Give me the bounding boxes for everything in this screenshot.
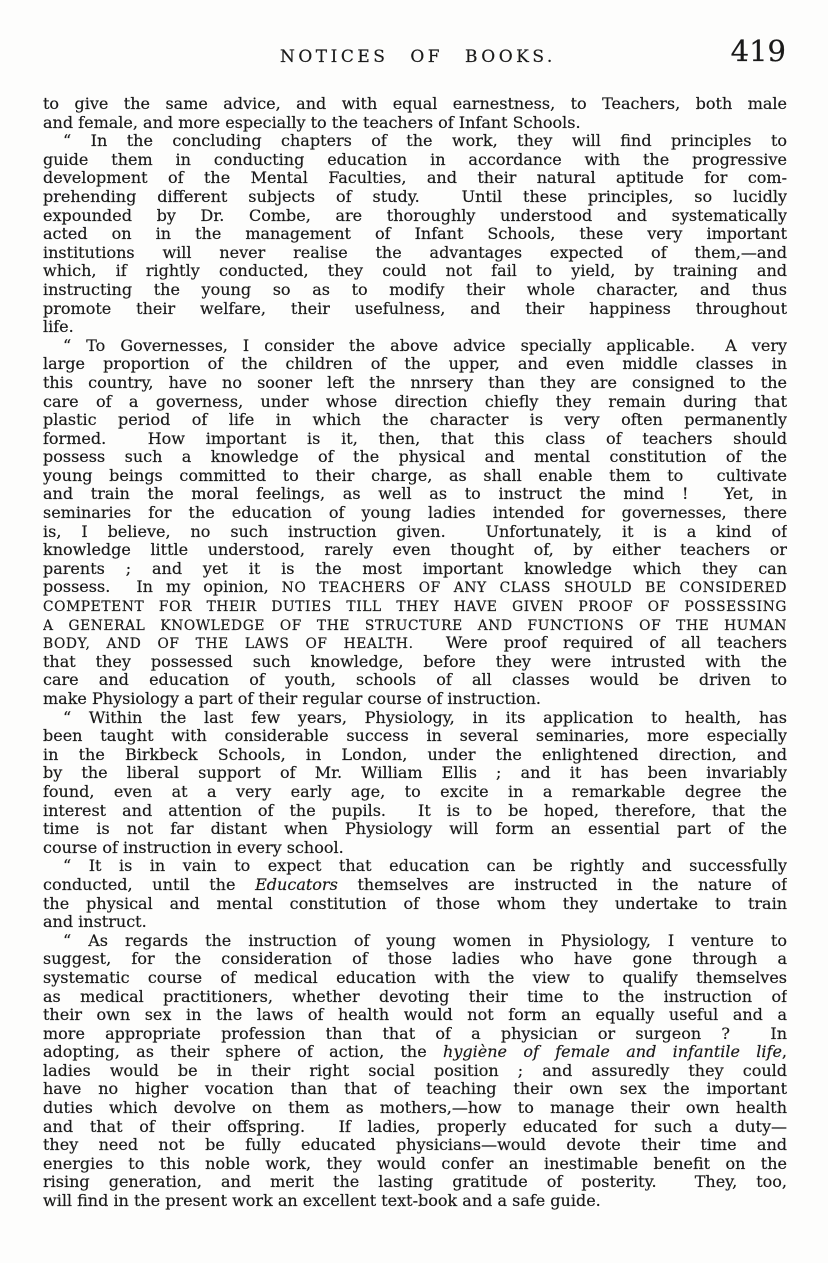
text-block: to give the same advice, and with equal … xyxy=(43,95,787,1211)
text-line: knowledge little understood, rarely even… xyxy=(43,541,787,560)
text-line: they need not be fully educated physicia… xyxy=(43,1136,787,1155)
text-line: formed. How important is it, then, that … xyxy=(43,430,787,449)
text-line: care and education of youth, schools of … xyxy=(43,671,787,690)
text-line: instructing the young so as to modify th… xyxy=(43,281,787,300)
text-line: course of instruction in every school. xyxy=(43,839,787,858)
page-header: NOTICES OF BOOKS. 419 xyxy=(0,0,828,90)
text-line: as medical practitioners, whether devoti… xyxy=(43,988,787,1007)
text-line: by the liberal support of Mr. William El… xyxy=(43,764,787,783)
text-line: which, if rightly conducted, they could … xyxy=(43,262,787,281)
text-line: “ As regards the instruction of young wo… xyxy=(43,932,787,951)
text-line: care of a governess, under whose directi… xyxy=(43,393,787,412)
text-line: make Physiology a part of their regular … xyxy=(43,690,787,709)
text-line: more appropriate profession than that of… xyxy=(43,1025,787,1044)
text-line: young beings committed to their charge, … xyxy=(43,467,787,486)
text-line: the physical and mental constitution of … xyxy=(43,895,787,914)
text-line: BODY, AND OF THE LAWS OF HEALTH. Were pr… xyxy=(43,634,787,653)
text-line: seminaries for the education of young la… xyxy=(43,504,787,523)
text-line: interest and attention of the pupils. It… xyxy=(43,802,787,821)
text-line: found, even at a very early age, to exci… xyxy=(43,783,787,802)
text-line: adopting, as their sphere of action, the… xyxy=(43,1043,787,1062)
text-line: promote their welfare, their usefulness,… xyxy=(43,300,787,319)
text-line: rising generation, and merit the lasting… xyxy=(43,1173,787,1192)
text-line: possess such a knowledge of the physical… xyxy=(43,448,787,467)
text-line: possess. In my opinion, NO TEACHERS OF A… xyxy=(43,578,787,597)
text-line: this country, have no sooner left the nn… xyxy=(43,374,787,393)
text-line: will find in the present work an excelle… xyxy=(43,1192,787,1211)
text-line: have no higher vocation than that of tea… xyxy=(43,1080,787,1099)
text-line: suggest, for the consideration of those … xyxy=(43,950,787,969)
text-line: been taught with considerable success in… xyxy=(43,727,787,746)
text-line: COMPETENT FOR THEIR DUTIES TILL THEY HAV… xyxy=(43,597,787,616)
text-line: prehending different subjects of study. … xyxy=(43,188,787,207)
text-line: large proportion of the children of the … xyxy=(43,355,787,374)
text-line: their own sex in the laws of health woul… xyxy=(43,1006,787,1025)
text-line: and that of their offspring. If ladies, … xyxy=(43,1118,787,1137)
text-line: “ Within the last few years, Physiology,… xyxy=(43,709,787,728)
text-line: parents ; and yet it is the most importa… xyxy=(43,560,787,579)
text-line: and female, and more especially to the t… xyxy=(43,114,787,133)
text-line: development of the Mental Faculties, and… xyxy=(43,169,787,188)
text-line: institutions will never realise the adva… xyxy=(43,244,787,263)
text-line: conducted, until the Educators themselve… xyxy=(43,876,787,895)
text-line: is, I believe, no such instruction given… xyxy=(43,523,787,542)
text-line: life. xyxy=(43,318,787,337)
text-line: energies to this noble work, they would … xyxy=(43,1155,787,1174)
text-line: and train the moral feelings, as well as… xyxy=(43,485,787,504)
text-line: systematic course of medical education w… xyxy=(43,969,787,988)
text-line: acted on in the management of Infant Sch… xyxy=(43,225,787,244)
text-line: to give the same advice, and with equal … xyxy=(43,95,787,114)
text-line: in the Birkbeck Schools, in London, unde… xyxy=(43,746,787,765)
text-line: time is not far distant when Physiology … xyxy=(43,820,787,839)
text-line: plastic period of life in which the char… xyxy=(43,411,787,430)
text-line: “ In the concluding chapters of the work… xyxy=(43,132,787,151)
text-line: A GENERAL KNOWLEDGE OF THE STRUCTURE AND… xyxy=(43,616,787,635)
text-line: and instruct. xyxy=(43,913,787,932)
text-line: “ It is in vain to expect that education… xyxy=(43,857,787,876)
running-title: NOTICES OF BOOKS. xyxy=(280,47,556,67)
text-line: duties which devolve on them as mothers,… xyxy=(43,1099,787,1118)
text-line: expounded by Dr. Combe, are thoroughly u… xyxy=(43,207,787,226)
text-line: that they possessed such knowledge, befo… xyxy=(43,653,787,672)
page-number: 419 xyxy=(731,34,786,68)
text-line: “ To Governesses, I consider the above a… xyxy=(43,337,787,356)
text-line: ladies would be in their right social po… xyxy=(43,1062,787,1081)
text-line: guide them in conducting education in ac… xyxy=(43,151,787,170)
book-page: NOTICES OF BOOKS. 419 to give the same a… xyxy=(0,0,828,1263)
